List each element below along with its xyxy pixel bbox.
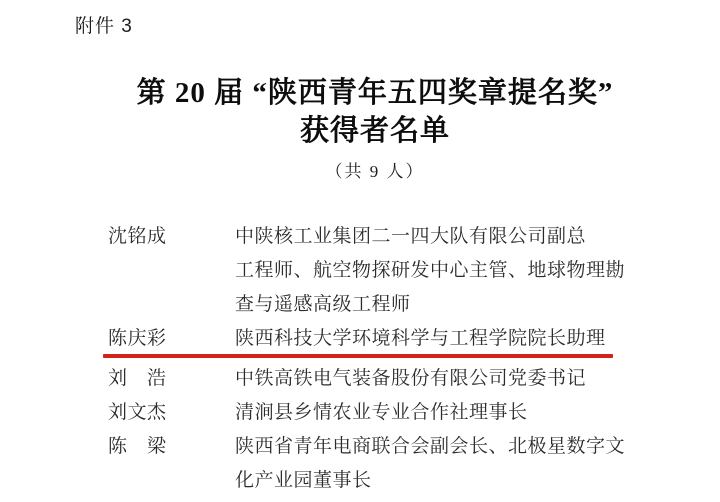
list-item: 陈 梁 陕西省青年电商联合会副会长、北极星数字文 化产业园董事长 [108, 430, 620, 498]
recipient-title-line: 中陕核工业集团二一四大队有限公司副总 [235, 220, 625, 254]
recipient-count-note: （共 9 人） [30, 157, 720, 182]
recipient-title-line: 化产业园董事长 [235, 464, 625, 498]
list-item: 刘 浩 中铁高铁电气装备股份有限公司党委书记 [108, 362, 620, 396]
list-item: 刘文杰 清涧县乡情农业专业合作社理事长 [108, 396, 620, 430]
list-item-highlighted: 陈庆彩 陕西科技大学环境科学与工程学院院长助理 [108, 322, 620, 356]
recipient-title-line: 查与遥感高级工程师 [235, 288, 625, 322]
recipient-title: 陕西科技大学环境科学与工程学院院长助理 [235, 322, 620, 356]
recipient-title-line: 陕西省青年电商联合会副会长、北极星数字文 [235, 430, 625, 464]
list-item: 沈铭成 中陕核工业集团二一四大队有限公司副总 工程师、航空物探研发中心主管、地球… [108, 220, 620, 322]
recipient-title-line: 中铁高铁电气装备股份有限公司党委书记 [235, 362, 620, 396]
red-underline-annotation [103, 354, 613, 358]
recipient-title-line: 清涧县乡情农业专业合作社理事长 [235, 396, 620, 430]
recipient-list: 沈铭成 中陕核工业集团二一四大队有限公司副总 工程师、航空物探研发中心主管、地球… [108, 220, 620, 498]
recipient-title: 中铁高铁电气装备股份有限公司党委书记 [235, 362, 620, 396]
attachment-label: 附件 3 [75, 11, 133, 38]
recipient-name: 陈 梁 [108, 430, 235, 498]
recipient-name: 刘 浩 [108, 362, 235, 396]
recipient-name: 刘文杰 [108, 396, 235, 430]
recipient-title: 中陕核工业集团二一四大队有限公司副总 工程师、航空物探研发中心主管、地球物理勘 … [235, 220, 625, 322]
recipient-name: 沈铭成 [108, 220, 235, 322]
recipient-title-line: 陕西科技大学环境科学与工程学院院长助理 [235, 322, 620, 356]
recipient-title: 清涧县乡情农业专业合作社理事长 [235, 396, 620, 430]
title-block: 第 20 届 “陕西青年五四奖章提名奖” 获得者名单 （共 9 人） [30, 74, 720, 182]
recipient-name: 陈庆彩 [108, 322, 235, 356]
recipient-title: 陕西省青年电商联合会副会长、北极星数字文 化产业园董事长 [235, 430, 625, 498]
document-title-line-1: 第 20 届 “陕西青年五四奖章提名奖” [30, 74, 720, 112]
document-page: 附件 3 第 20 届 “陕西青年五四奖章提名奖” 获得者名单 （共 9 人） … [0, 0, 720, 502]
recipient-title-line: 工程师、航空物探研发中心主管、地球物理勘 [235, 254, 625, 288]
document-title-line-2: 获得者名单 [30, 112, 720, 150]
